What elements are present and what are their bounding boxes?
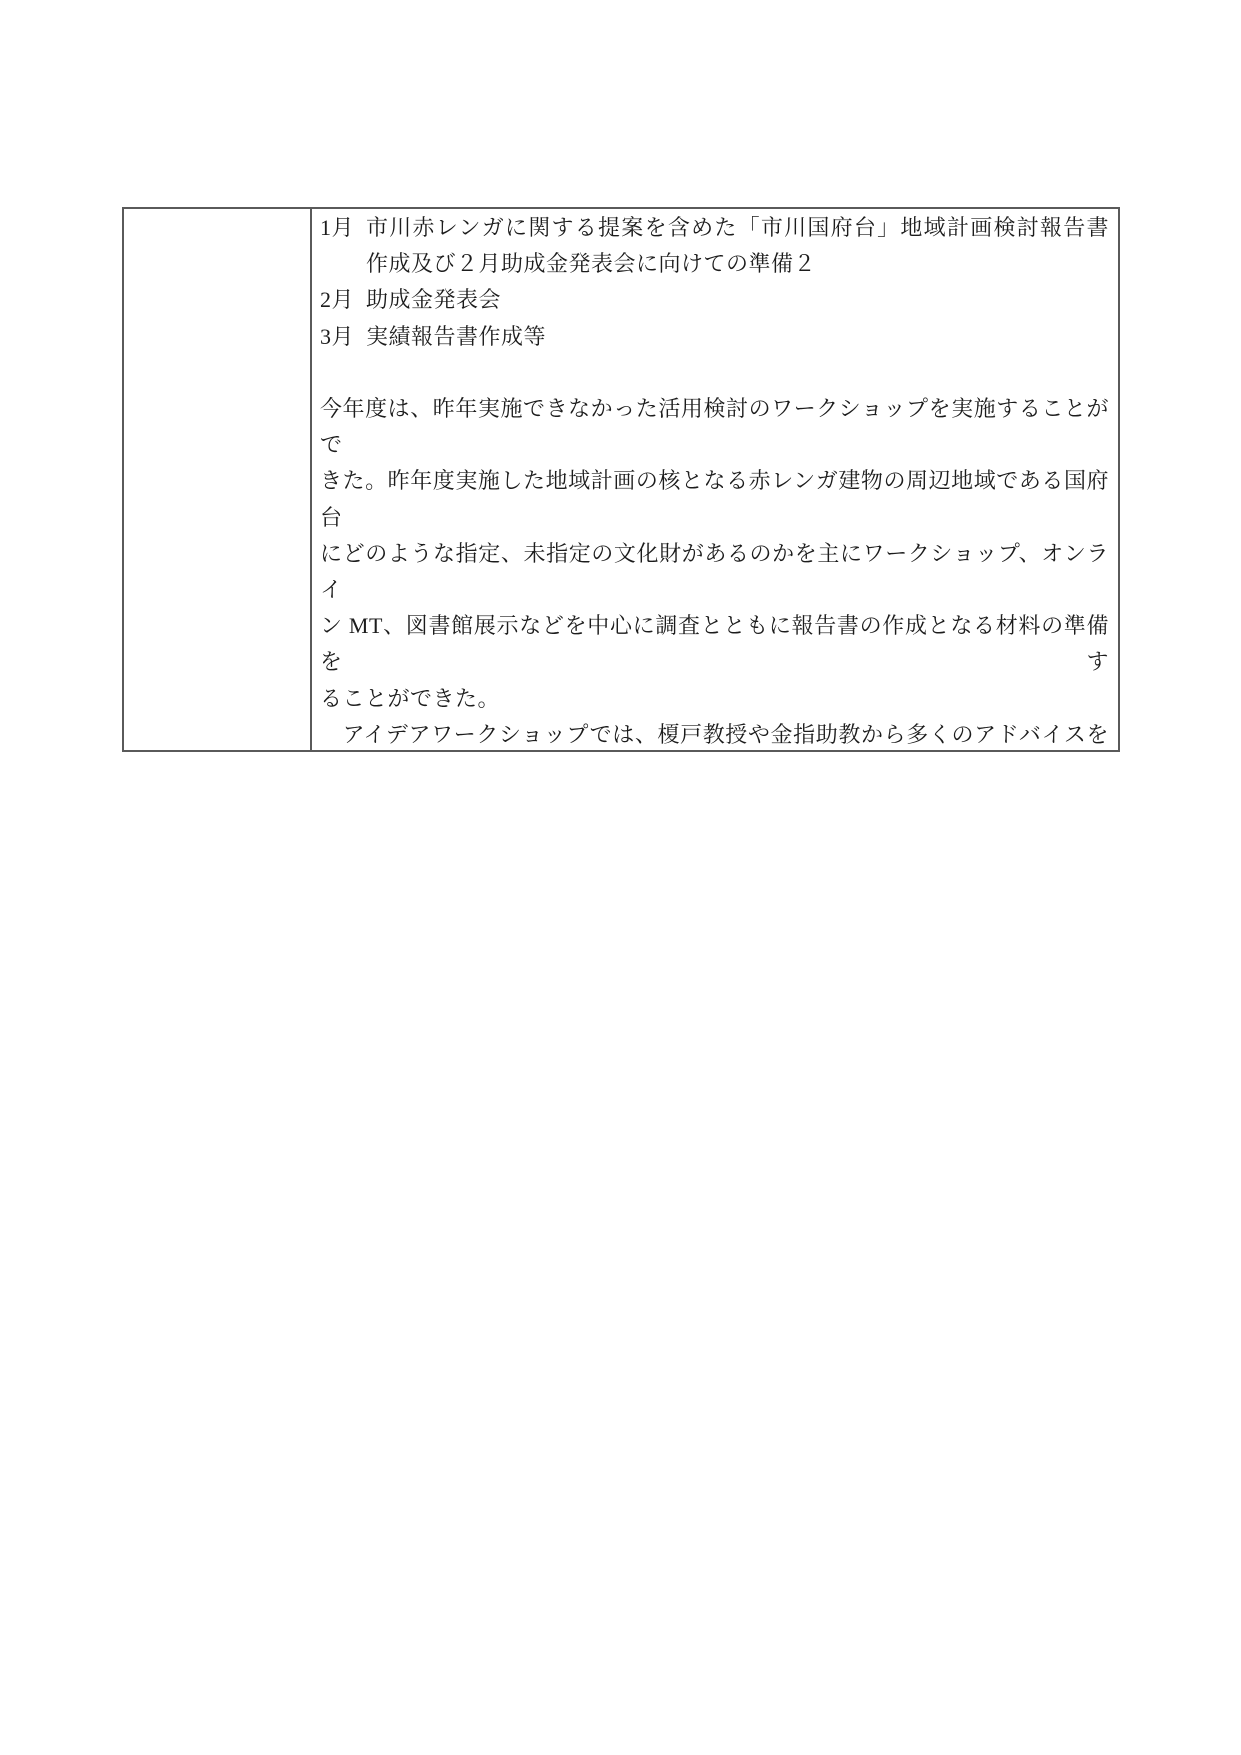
table-content-cell: 1月 市川赤レンガに関する提案を含めた「市川国府台」地域計画検討報告書 作成及び… [312,209,1118,750]
schedule-text: 作成及び２月助成金発表会に向けての準備２ [366,246,1109,282]
schedule-row-march: 3月 実績報告書作成等 [320,319,1109,355]
schedule-row-february: 2月 助成金発表会 [320,282,1109,318]
month-label: 2月 [320,282,366,318]
schedule-text: 助成金発表会 [366,282,1109,318]
table-label-cell [124,209,312,750]
month-label [320,246,366,282]
paragraph-line: アイデアワークショップでは、榎戸教授や金指助教から多くのアドバイスを受 [320,717,1109,750]
month-label: 1月 [320,210,366,246]
paragraph-line: ることができた。 [320,681,1109,717]
schedule-row-january-cont: 作成及び２月助成金発表会に向けての準備２ [320,246,1109,282]
paragraph-line: ン MT、図書館展示などを中心に調査とともに報告書の作成となる材料の準備をす [320,608,1109,680]
schedule-text: 市川赤レンガに関する提案を含めた「市川国府台」地域計画検討報告書 [366,210,1109,246]
paragraph-line: きた。昨年度実施した地域計画の核となる赤レンガ建物の周辺地域である国府台 [320,463,1109,535]
document-page: 1月 市川赤レンガに関する提案を含めた「市川国府台」地域計画検討報告書 作成及び… [0,0,1241,1755]
month-label: 3月 [320,319,366,355]
paragraph-line: にどのような指定、未指定の文化財があるのかを主にワークショップ、オンライ [320,536,1109,608]
schedule-text: 実績報告書作成等 [366,319,1109,355]
blank-line [320,355,1109,391]
paragraph-line: 今年度は、昨年実施できなかった活用検討のワークショップを実施することがで [320,391,1109,463]
schedule-row-january: 1月 市川赤レンガに関する提案を含めた「市川国府台」地域計画検討報告書 [320,210,1109,246]
report-table: 1月 市川赤レンガに関する提案を含めた「市川国府台」地域計画検討報告書 作成及び… [122,207,1120,752]
